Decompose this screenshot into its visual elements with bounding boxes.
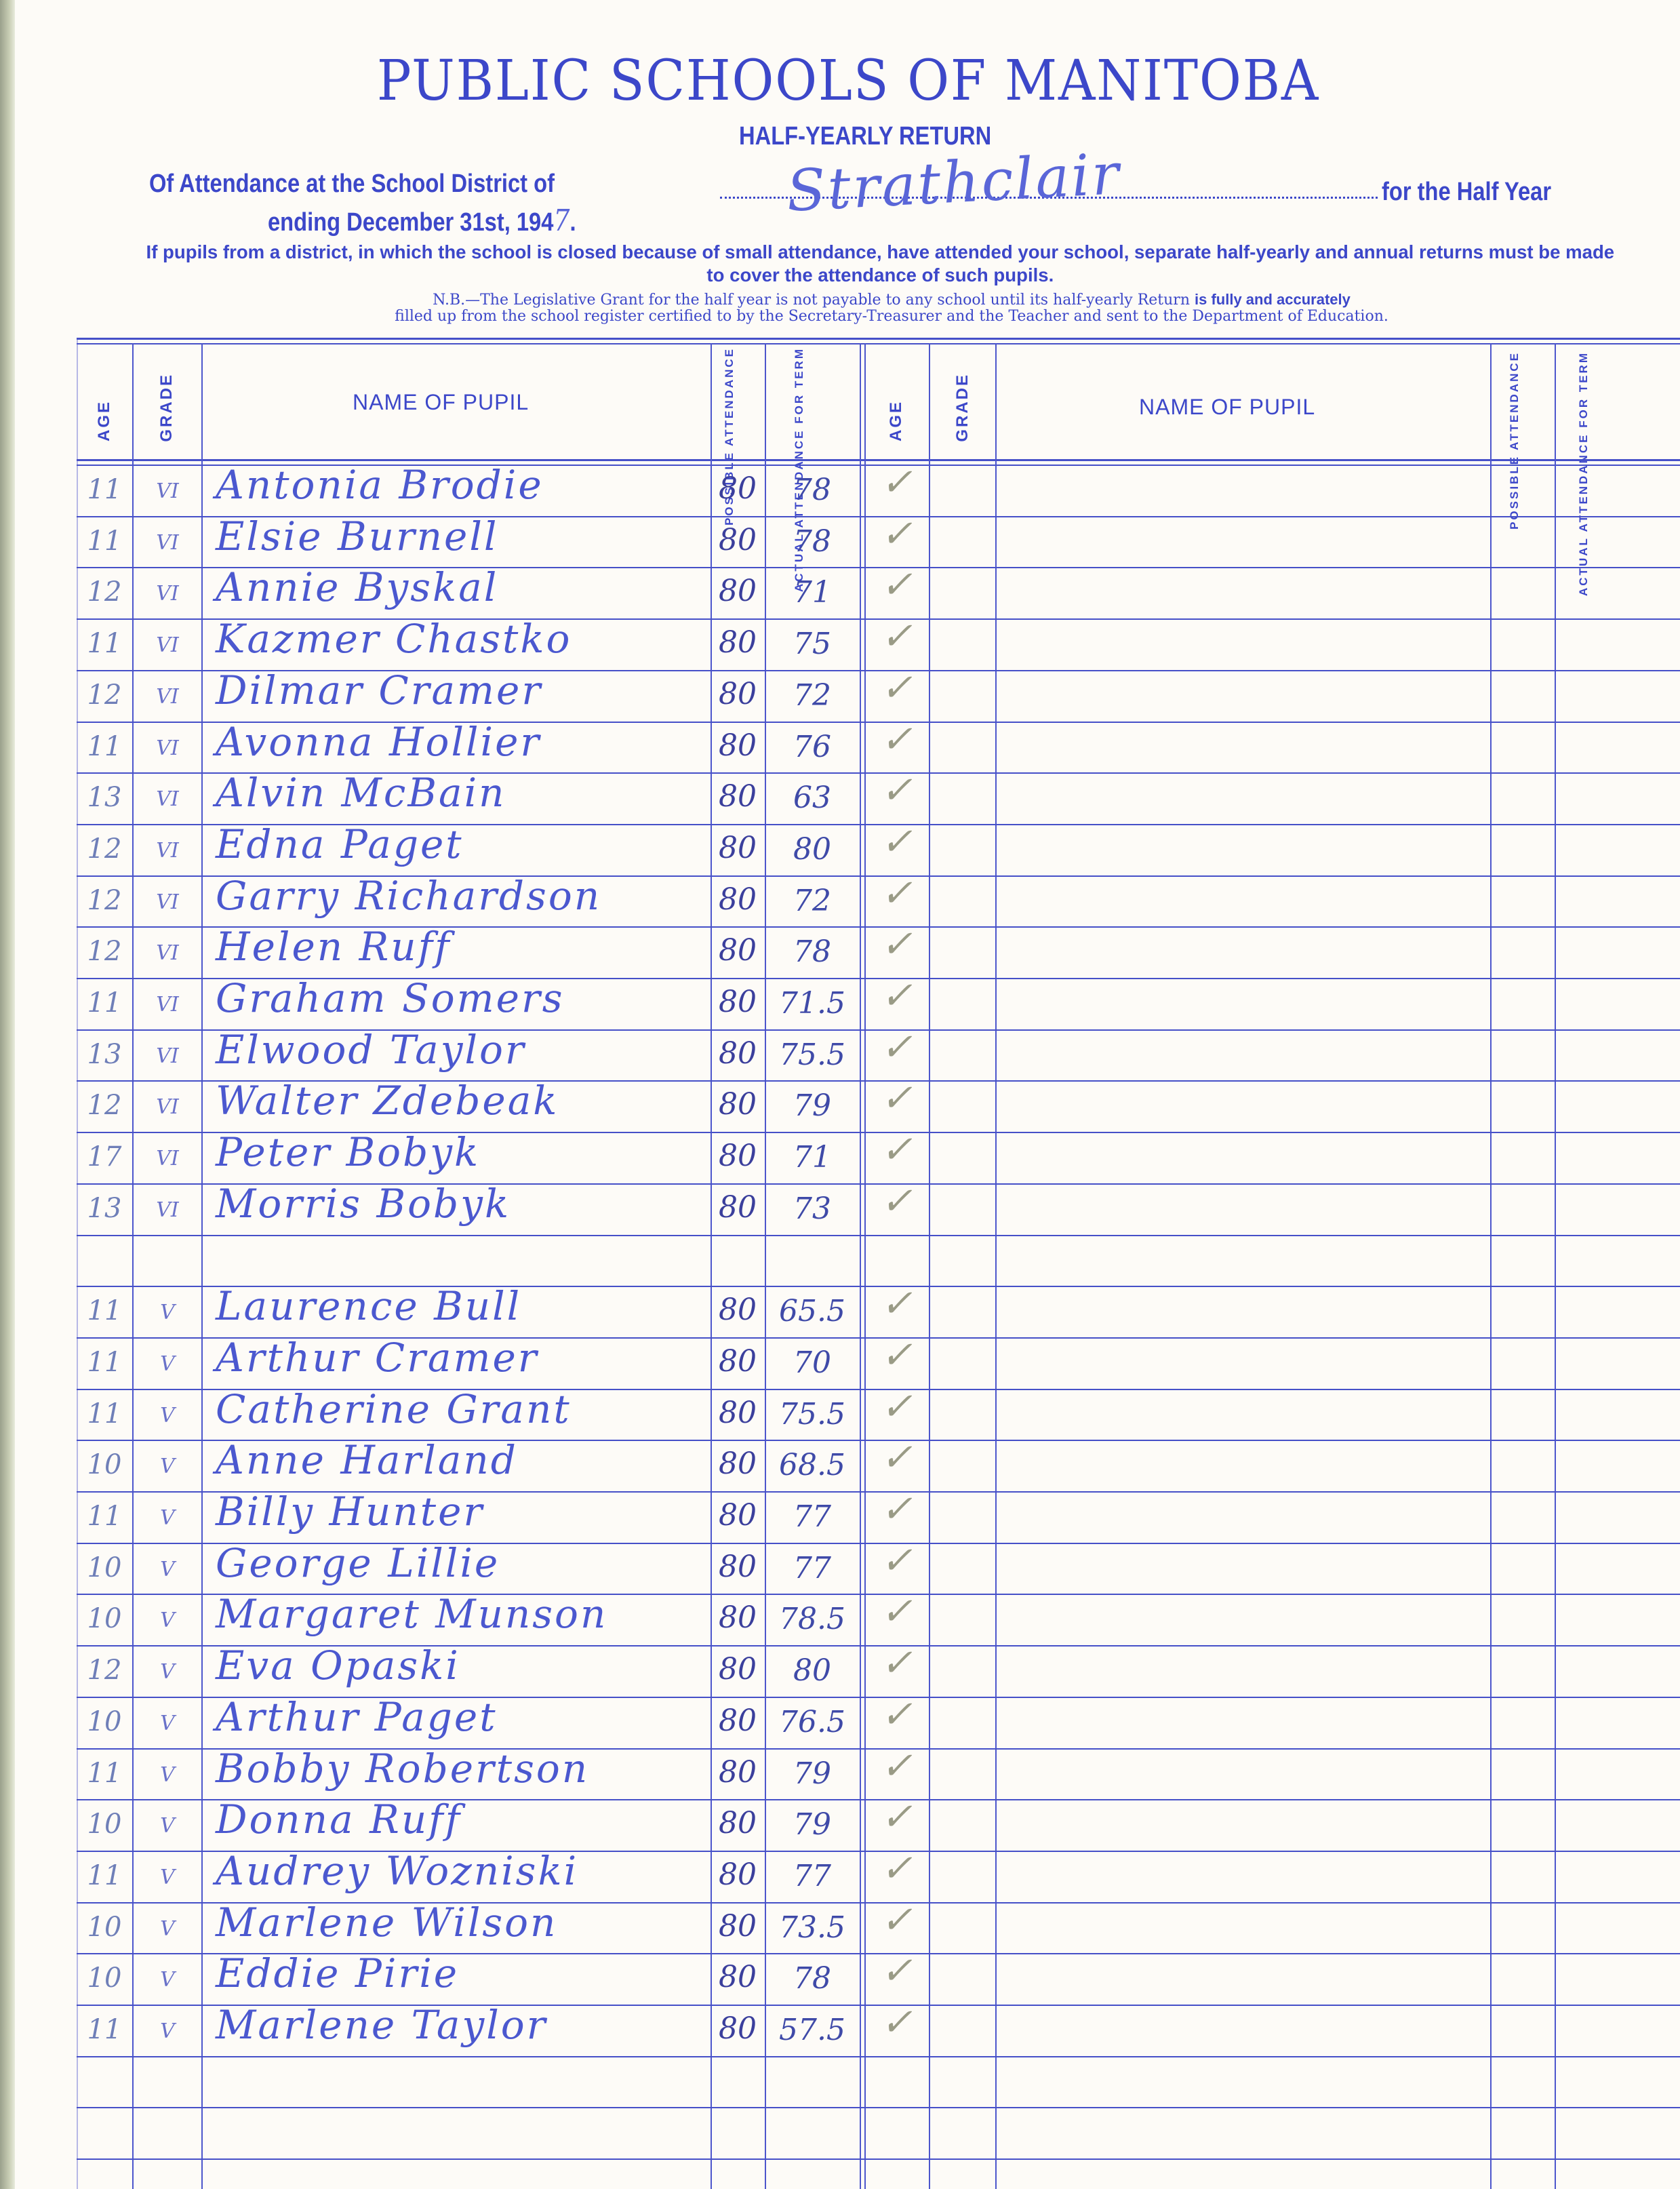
grade-cell[interactable]: V: [134, 1712, 201, 1735]
grade-cell[interactable]: VI: [134, 890, 201, 914]
name-cell[interactable]: Donna Ruff: [216, 1796, 462, 1842]
possible-attendance-cell[interactable]: 80: [711, 1652, 765, 1687]
nb-text-line2: filled up from the school register certi…: [395, 308, 1388, 325]
actual-attendance-cell[interactable]: 72: [765, 678, 860, 713]
age-cell[interactable]: 11: [77, 1860, 132, 1891]
header-possible-right: POSSIBLE ATTENDANCE: [1507, 351, 1538, 530]
row-rule: [77, 2107, 1680, 2108]
nb-bold-text: is fully and accurately: [1195, 291, 1351, 308]
grade-cell[interactable]: V: [134, 1558, 201, 1581]
name-cell[interactable]: Annie Byskal: [216, 564, 498, 610]
age-cell[interactable]: 12: [77, 885, 132, 916]
age-cell[interactable]: 12: [77, 576, 132, 608]
grade-cell[interactable]: V: [134, 1917, 201, 1941]
grade-cell[interactable]: VI: [134, 1198, 201, 1222]
age-cell[interactable]: 10: [77, 1449, 132, 1480]
name-cell[interactable]: Kazmer Chastko: [216, 616, 572, 662]
age-cell[interactable]: 10: [77, 1912, 132, 1943]
column-divider: [201, 343, 203, 2189]
check-mark-icon: ✓: [864, 974, 929, 1018]
check-mark-icon: ✓: [864, 1693, 929, 1737]
grade-cell[interactable]: V: [134, 1352, 201, 1376]
possible-attendance-cell[interactable]: 80: [711, 1806, 765, 1840]
column-divider: [1555, 343, 1556, 2189]
grade-cell[interactable]: V: [134, 1968, 201, 1992]
check-mark-icon: ✓: [864, 1487, 929, 1531]
actual-attendance-cell[interactable]: 71: [765, 575, 860, 610]
check-mark-icon: ✓: [864, 1385, 929, 1429]
check-mark-icon: ✓: [864, 1128, 929, 1172]
actual-attendance-cell[interactable]: 71.5: [765, 986, 860, 1021]
half-year-ending-line: ending December 31st, 1947.: [268, 203, 576, 238]
possible-attendance-cell[interactable]: 80: [711, 933, 765, 968]
grade-cell[interactable]: V: [134, 1660, 201, 1684]
form-subtitle: HALF-YEARLY RETURN: [739, 122, 991, 151]
grade-cell[interactable]: VI: [134, 736, 201, 760]
age-cell[interactable]: 11: [77, 474, 132, 505]
legislative-grant-note: N.B.—The Legislative Grant for the half …: [142, 292, 1641, 325]
name-cell[interactable]: Audrey Wozniski: [216, 1848, 578, 1894]
form-title: PUBLIC SCHOOLS OF MANITOBA: [75, 49, 1621, 113]
name-cell[interactable]: Eddie Pirie: [216, 1950, 459, 1996]
actual-attendance-cell[interactable]: 76: [765, 730, 860, 764]
possible-attendance-cell[interactable]: 80: [711, 1190, 765, 1225]
header-name-right: NAME OF PUPIL: [1139, 395, 1315, 420]
age-cell[interactable]: 12: [77, 1090, 132, 1121]
possible-attendance-cell[interactable]: 80: [711, 1960, 765, 1994]
check-mark-icon: ✓: [864, 1641, 929, 1685]
check-mark-icon: ✓: [864, 871, 929, 915]
age-cell[interactable]: 10: [77, 1706, 132, 1737]
actual-attendance-cell[interactable]: 70: [765, 1345, 860, 1380]
header-top-rule: [77, 338, 1680, 340]
name-cell[interactable]: Arthur Cramer: [216, 1335, 539, 1381]
row-rule: [77, 2158, 1680, 2160]
name-cell[interactable]: Peter Bobyk: [216, 1129, 480, 1175]
possible-attendance-cell[interactable]: 80: [711, 1755, 765, 1790]
age-cell[interactable]: 10: [77, 1603, 132, 1634]
row-rule: [77, 1235, 1680, 1236]
actual-attendance-cell[interactable]: 78: [765, 1961, 860, 1996]
separate-returns-notice: If pupils from a district, in which the …: [139, 241, 1622, 287]
check-mark-icon: ✓: [864, 1795, 929, 1839]
check-mark-icon: ✓: [864, 1590, 929, 1634]
district-name-field[interactable]: Strathclair: [785, 140, 1123, 224]
grade-cell[interactable]: VI: [134, 1147, 201, 1170]
possible-attendance-cell[interactable]: 80: [711, 1087, 765, 1122]
possible-attendance-cell[interactable]: 80: [711, 1139, 765, 1173]
grade-cell[interactable]: V: [134, 2019, 201, 2043]
grade-cell[interactable]: V: [134, 1609, 201, 1632]
check-mark-icon: ✓: [864, 1744, 929, 1788]
age-cell[interactable]: 10: [77, 1963, 132, 1994]
actual-attendance-cell[interactable]: 79: [765, 1807, 860, 1842]
actual-attendance-cell[interactable]: 76.5: [765, 1705, 860, 1739]
age-cell[interactable]: 12: [77, 1655, 132, 1686]
name-cell[interactable]: Anne Harland: [216, 1437, 518, 1483]
nb-text: N.B.—The Legislative Grant for the half …: [433, 292, 1190, 309]
column-divider: [1490, 343, 1492, 2189]
check-mark-icon: ✓: [864, 1539, 929, 1583]
name-cell[interactable]: Catherine Grant: [216, 1386, 572, 1432]
check-mark-icon: ✓: [864, 1847, 929, 1891]
possible-attendance-cell[interactable]: 80: [711, 471, 765, 506]
actual-attendance-cell[interactable]: 77: [765, 1499, 860, 1534]
age-cell[interactable]: 12: [77, 833, 132, 865]
actual-attendance-cell[interactable]: 73: [765, 1191, 860, 1226]
possible-attendance-cell[interactable]: 80: [711, 831, 765, 865]
grade-cell[interactable]: VI: [134, 1095, 201, 1119]
name-cell[interactable]: Graham Somers: [216, 975, 564, 1021]
possible-attendance-cell[interactable]: 80: [711, 882, 765, 917]
district-line-suffix: for the Half Year: [1382, 178, 1551, 207]
name-cell[interactable]: Avonna Hollier: [216, 719, 541, 765]
check-mark-icon: ✓: [864, 1898, 929, 1942]
grade-cell[interactable]: VI: [134, 1044, 201, 1068]
possible-attendance-cell[interactable]: 80: [711, 1498, 765, 1533]
name-cell[interactable]: Bobby Robertson: [216, 1746, 589, 1792]
age-cell[interactable]: 11: [77, 526, 132, 557]
check-mark-icon: ✓: [864, 922, 929, 966]
actual-attendance-cell[interactable]: 80: [765, 832, 860, 867]
header-age-right: AGE: [887, 400, 906, 441]
actual-attendance-cell[interactable]: 78: [765, 473, 860, 507]
actual-attendance-cell[interactable]: 79: [765, 1088, 860, 1123]
check-mark-icon: ✓: [864, 614, 929, 658]
possible-attendance-cell[interactable]: 80: [711, 728, 765, 763]
actual-attendance-cell[interactable]: 78: [765, 524, 860, 559]
name-cell[interactable]: Marlene Taylor: [216, 2002, 547, 2048]
actual-attendance-cell[interactable]: 78: [765, 934, 860, 969]
name-cell[interactable]: Elsie Burnell: [216, 513, 498, 559]
possible-attendance-cell[interactable]: 80: [711, 574, 765, 608]
actual-attendance-cell[interactable]: 80: [765, 1653, 860, 1688]
age-cell[interactable]: 11: [77, 628, 132, 659]
check-mark-icon: ✓: [864, 563, 929, 607]
name-cell[interactable]: Eva Opaski: [216, 1642, 460, 1689]
actual-attendance-cell[interactable]: 77: [765, 1551, 860, 1585]
actual-attendance-cell[interactable]: 75: [765, 627, 860, 661]
possible-attendance-cell[interactable]: 80: [711, 1600, 765, 1635]
possible-attendance-cell[interactable]: 80: [711, 1857, 765, 1892]
age-cell[interactable]: 13: [77, 782, 132, 813]
check-mark-icon: ✓: [864, 2000, 929, 2045]
name-cell[interactable]: Helen Ruff: [216, 924, 452, 970]
check-mark-icon: ✓: [864, 1282, 929, 1326]
check-mark-icon: ✓: [864, 666, 929, 710]
age-cell[interactable]: 11: [77, 1347, 132, 1378]
possible-attendance-cell[interactable]: 80: [711, 625, 765, 660]
grade-cell[interactable]: VI: [134, 839, 201, 863]
name-cell[interactable]: Marlene Wilson: [216, 1899, 557, 1946]
check-mark-icon: ✓: [864, 460, 929, 505]
column-divider: [132, 343, 134, 2189]
row-rule: [77, 2056, 1680, 2057]
actual-attendance-cell[interactable]: 68.5: [765, 1448, 860, 1482]
check-mark-icon: ✓: [864, 512, 929, 556]
check-mark-icon: ✓: [864, 820, 929, 864]
name-cell[interactable]: George Lillie: [216, 1540, 500, 1586]
actual-attendance-cell[interactable]: 72: [765, 884, 860, 918]
name-cell[interactable]: Antonia Brodie: [216, 462, 544, 508]
grade-cell[interactable]: V: [134, 1763, 201, 1787]
name-cell[interactable]: Walter Zdebeak: [216, 1078, 559, 1124]
possible-attendance-cell[interactable]: 80: [711, 1396, 765, 1430]
age-cell[interactable]: 13: [77, 1193, 132, 1224]
year-digit-field[interactable]: 7: [553, 203, 569, 238]
header-grade-left: GRADE: [157, 373, 176, 442]
grade-cell[interactable]: VI: [134, 633, 201, 657]
actual-attendance-cell[interactable]: 77: [765, 1859, 860, 1893]
ending-date-period: .: [569, 208, 576, 237]
possible-attendance-cell[interactable]: 80: [711, 779, 765, 814]
possible-attendance-cell[interactable]: 80: [711, 2011, 765, 2046]
name-cell[interactable]: Alvin McBain: [216, 770, 506, 816]
possible-attendance-cell[interactable]: 80: [711, 1550, 765, 1584]
age-cell[interactable]: 11: [77, 1295, 132, 1326]
check-mark-icon: ✓: [864, 1436, 929, 1480]
grade-cell[interactable]: VI: [134, 993, 201, 1017]
possible-attendance-cell[interactable]: 80: [711, 677, 765, 711]
actual-attendance-cell[interactable]: 73.5: [765, 1910, 860, 1945]
book-binding-edge: [0, 0, 15, 2189]
actual-attendance-cell[interactable]: 75.5: [765, 1038, 860, 1072]
grade-cell[interactable]: V: [134, 1506, 201, 1530]
name-cell[interactable]: Dilmar Cramer: [216, 667, 542, 713]
ending-date-text: ending December 31st, 194: [268, 208, 553, 237]
name-cell[interactable]: Margaret Munson: [216, 1591, 607, 1637]
age-cell[interactable]: 11: [77, 731, 132, 762]
name-cell[interactable]: Arthur Paget: [216, 1694, 498, 1740]
name-cell[interactable]: Billy Hunter: [216, 1488, 484, 1535]
grade-cell[interactable]: VI: [134, 582, 201, 606]
age-cell[interactable]: 12: [77, 679, 132, 711]
check-mark-icon: ✓: [864, 717, 929, 762]
age-cell[interactable]: 12: [77, 936, 132, 967]
grade-cell[interactable]: V: [134, 1814, 201, 1838]
check-mark-icon: ✓: [864, 1076, 929, 1120]
possible-attendance-cell[interactable]: 80: [711, 1909, 765, 1944]
age-cell[interactable]: 13: [77, 1039, 132, 1070]
possible-attendance-cell[interactable]: 80: [711, 1344, 765, 1379]
grade-cell[interactable]: VI: [134, 531, 201, 555]
actual-attendance-cell[interactable]: 79: [765, 1756, 860, 1791]
check-mark-icon: ✓: [864, 1025, 929, 1069]
grade-cell[interactable]: V: [134, 1866, 201, 1889]
possible-attendance-cell[interactable]: 80: [711, 1703, 765, 1738]
actual-attendance-cell[interactable]: 63: [765, 781, 860, 815]
actual-attendance-cell[interactable]: 78.5: [765, 1602, 860, 1636]
age-cell[interactable]: 11: [77, 2014, 132, 2045]
possible-attendance-cell[interactable]: 80: [711, 523, 765, 557]
header-actual-right: ACTUAL ATTENDANCE FOR TERM: [1576, 351, 1620, 596]
actual-attendance-cell[interactable]: 65.5: [765, 1294, 860, 1328]
age-cell[interactable]: 11: [77, 987, 132, 1019]
grade-cell[interactable]: V: [134, 1404, 201, 1427]
column-divider: [929, 343, 930, 2189]
name-cell[interactable]: Elwood Taylor: [216, 1027, 526, 1073]
age-cell[interactable]: 11: [77, 1398, 132, 1429]
check-mark-icon: ✓: [864, 1949, 929, 1993]
header-top-rule-2: [77, 343, 1680, 344]
grade-cell[interactable]: V: [134, 1455, 201, 1478]
grade-cell[interactable]: VI: [134, 787, 201, 811]
age-cell[interactable]: 17: [77, 1141, 132, 1172]
possible-attendance-cell[interactable]: 80: [711, 1446, 765, 1481]
possible-attendance-cell[interactable]: 80: [711, 1293, 765, 1327]
name-cell[interactable]: Laurence Bull: [216, 1283, 521, 1329]
column-divider: [995, 343, 997, 2189]
age-cell[interactable]: 11: [77, 1501, 132, 1532]
check-mark-icon: ✓: [864, 1179, 929, 1223]
header-age-left: AGE: [95, 400, 114, 441]
name-cell[interactable]: Garry Richardson: [216, 873, 601, 919]
name-cell[interactable]: Morris Bobyk: [216, 1181, 511, 1227]
grade-cell[interactable]: V: [134, 1301, 201, 1324]
grade-cell[interactable]: VI: [134, 941, 201, 965]
check-mark-icon: ✓: [864, 768, 929, 812]
header-grade-right: GRADE: [953, 373, 972, 442]
possible-attendance-cell[interactable]: 80: [711, 985, 765, 1019]
grade-cell[interactable]: VI: [134, 479, 201, 503]
possible-attendance-cell[interactable]: 80: [711, 1036, 765, 1071]
actual-attendance-cell[interactable]: 71: [765, 1140, 860, 1175]
name-cell[interactable]: Edna Paget: [216, 821, 464, 867]
actual-attendance-cell[interactable]: 75.5: [765, 1397, 860, 1432]
grade-cell[interactable]: VI: [134, 685, 201, 709]
check-mark-icon: ✓: [864, 1333, 929, 1377]
age-cell[interactable]: 11: [77, 1758, 132, 1789]
district-line-prefix: Of Attendance at the School District of: [149, 170, 555, 199]
actual-attendance-cell[interactable]: 57.5: [765, 2013, 860, 2047]
age-cell[interactable]: 10: [77, 1809, 132, 1840]
age-cell[interactable]: 10: [77, 1552, 132, 1583]
column-divider: [860, 343, 861, 2189]
header-name-left: NAME OF PUPIL: [353, 390, 529, 415]
